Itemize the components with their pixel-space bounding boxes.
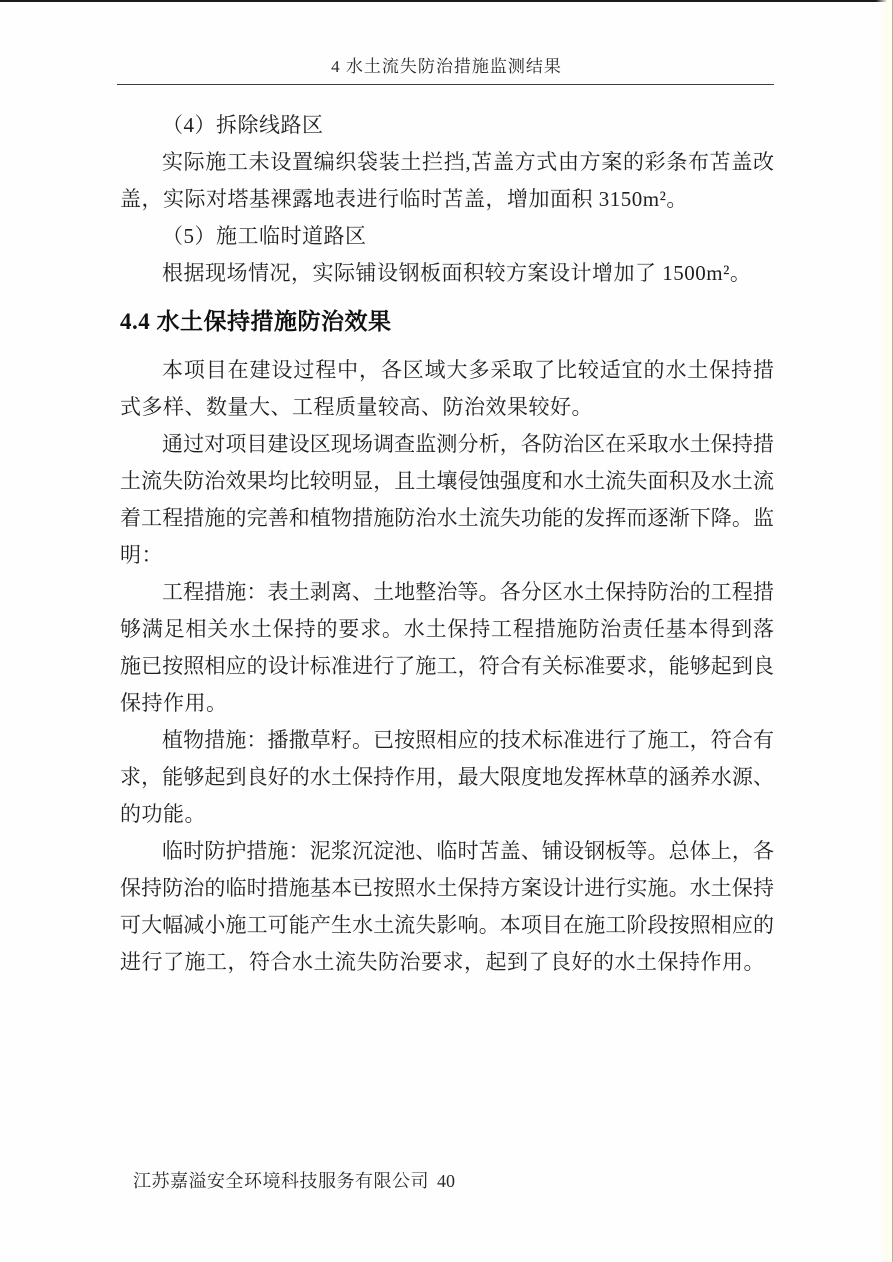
text-line: 盖，实际对塔基裸露地表进行临时苫盖，增加面积 3150m²。 <box>120 181 774 218</box>
text-line: 式多样、数量大、工程质量较高、防治效果较好。 <box>120 389 774 426</box>
footer-page-number: 40 <box>437 1169 455 1193</box>
header-rule <box>117 84 774 85</box>
text-line: 保持防治的临时措施基本已按照水土保持方案设计进行实施。水土保持临时措施 <box>120 870 774 907</box>
text-line: （4）拆除线路区 <box>120 107 774 144</box>
page-top-edge <box>0 0 893 2</box>
text-line: 植物措施：播撒草籽。已按照相应的技术标准进行了施工，符合有关标准要 <box>120 722 774 759</box>
text-line: （5）施工临时道路区 <box>120 218 774 255</box>
text-line: 施已按照相应的设计标准进行了施工，符合有关标准要求，能够起到良好的水土 <box>120 648 774 685</box>
document-body: （4）拆除线路区 实际施工未设置编织袋装土拦挡,苫盖方式由方案的彩条布苫盖改为临… <box>120 107 774 981</box>
text-line: 求，能够起到良好的水土保持作用，最大限度地发挥林草的涵养水源、保持土壤 <box>120 759 774 796</box>
text-line: 土流失防治效果均比较明显，且土壤侵蚀强度和水土流失面积及水土流失量均随 <box>120 463 774 500</box>
text-line: 够满足相关水土保持的要求。水土保持工程措施防治责任基本得到落实。工程措 <box>120 611 774 648</box>
text-line: 着工程措施的完善和植物措施防治水土流失功能的发挥而逐渐下降。监测结果表 <box>120 500 774 537</box>
text-line: 本项目在建设过程中，各区域大多采取了比较适宜的水土保持措施，措施形 <box>120 352 774 389</box>
footer-company: 江苏嘉溢安全环境科技服务有限公司 <box>133 1171 429 1191</box>
text-line: 工程措施：表土剥离、土地整治等。各分区水土保持防治的工程措施基本能 <box>120 574 774 611</box>
text-line: 进行了施工，符合水土流失防治要求，起到了良好的水土保持作用。 <box>120 944 774 981</box>
header-title: 4 水土流失防治措施监测结果 <box>0 52 893 77</box>
text-line: 通过对项目建设区现场调查监测分析，各防治区在采取水土保持措施后，水 <box>120 426 774 463</box>
page-footer: 江苏嘉溢安全环境科技服务有限公司 40 <box>133 1169 429 1193</box>
text-line: 实际施工未设置编织袋装土拦挡,苫盖方式由方案的彩条布苫盖改为临时苫 <box>120 144 774 181</box>
text-line: 的功能。 <box>120 796 774 833</box>
document-page: 4 水土流失防治措施监测结果 （4）拆除线路区 实际施工未设置编织袋装土拦挡,苫… <box>0 0 893 1262</box>
text-line: 临时防护措施：泥浆沉淀池、临时苫盖、铺设钢板等。总体上，各分区水土 <box>120 833 774 870</box>
text-line: 根据现场情况，实际铺设钢板面积较方案设计增加了 1500m²。 <box>120 255 774 292</box>
section-heading: 4.4 水土保持措施防治效果 <box>120 306 774 338</box>
text-line: 明： <box>120 537 774 574</box>
page-right-edge <box>876 0 893 1262</box>
text-line: 保持作用。 <box>120 685 774 722</box>
text-line: 可大幅减小施工可能产生水土流失影响。本项目在施工阶段按照相应的设计标准 <box>120 907 774 944</box>
